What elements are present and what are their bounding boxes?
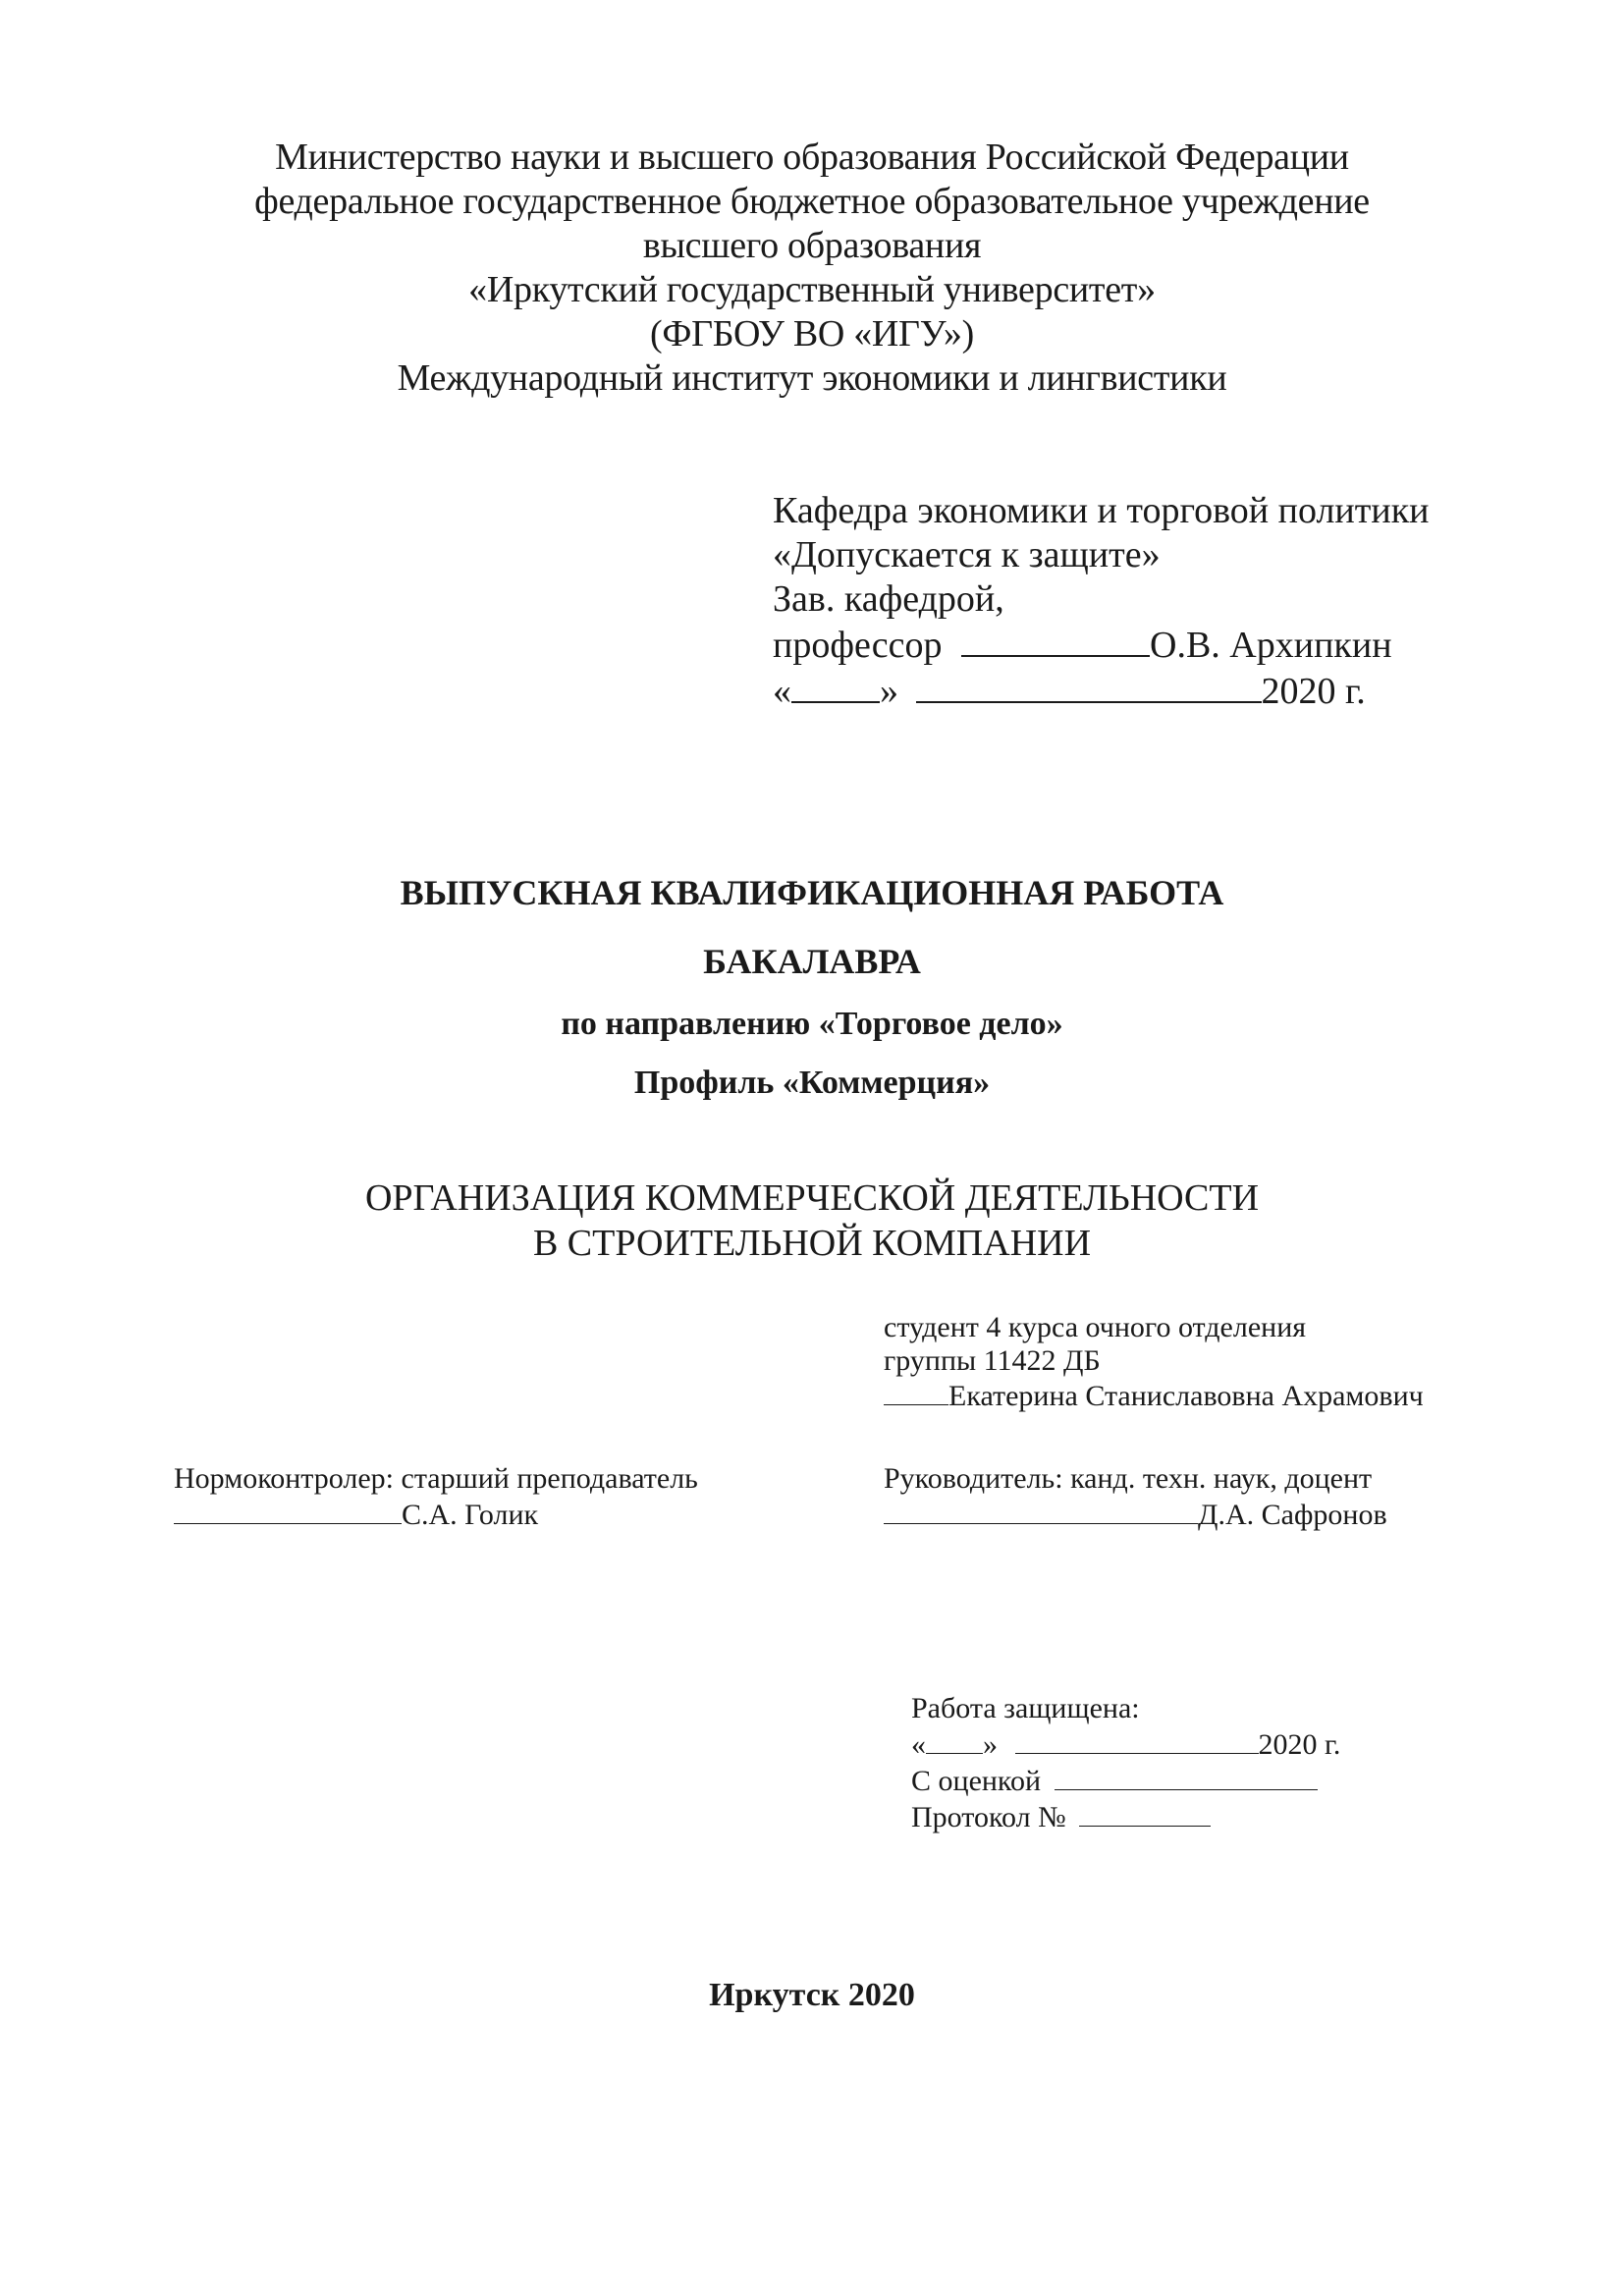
city-year: Иркутск 2020 [0, 1976, 1624, 2015]
head-label: Зав. кафедрой, [773, 577, 1430, 622]
header-line: (ФГБОУ ВО «ИГУ») [0, 312, 1624, 356]
header-line: Международный институт экономики и лингв… [0, 356, 1624, 401]
degree-title: БАКАЛАВРА [0, 940, 1624, 983]
normcontroller-signature-line: С.А. Голик [174, 1497, 698, 1533]
head-signature-line: профессор О.В. Архипкин [773, 622, 1430, 668]
defense-label: Работа защищена: [911, 1691, 1340, 1726]
topic-line: В СТРОИТЕЛЬНОЙ КОМПАНИИ [0, 1221, 1624, 1266]
approval-date-line: «» 2020 г. [773, 668, 1430, 714]
signature-blank [884, 1497, 1198, 1524]
admit-to-defense: «Допускается к защите» [773, 533, 1430, 577]
quote-open: « [911, 1728, 926, 1761]
protocol-label: Протокол № [911, 1801, 1066, 1833]
protocol-blank [1079, 1799, 1211, 1827]
grade-line: С оценкой [911, 1763, 1340, 1799]
student-block: студент 4 курса очного отделения группы … [884, 1311, 1424, 1413]
thesis-topic: ОРГАНИЗАЦИЯ КОММЕРЧЕСКОЙ ДЕЯТЕЛЬНОСТИ В … [0, 1175, 1624, 1266]
grade-blank [1055, 1763, 1318, 1790]
topic-line: ОРГАНИЗАЦИЯ КОММЕРЧЕСКОЙ ДЕЯТЕЛЬНОСТИ [0, 1175, 1624, 1221]
approval-year: 2020 г. [1262, 671, 1366, 712]
normcontroller-name: С.А. Голик [402, 1499, 538, 1531]
ministry-header: Министерство науки и высшего образования… [0, 136, 1624, 401]
header-line: «Иркутский государственный университет» [0, 268, 1624, 312]
quote-close: » [983, 1728, 998, 1761]
defense-year: 2020 г. [1259, 1728, 1341, 1761]
defense-block: Работа защищена: «» 2020 г. С оценкой Пр… [911, 1691, 1340, 1835]
signature-blank [884, 1378, 948, 1405]
month-blank [1015, 1726, 1259, 1754]
student-course: студент 4 курса очного отделения [884, 1311, 1424, 1344]
approval-block: Кафедра экономики и торговой политики «Д… [773, 489, 1430, 714]
student-name: Екатерина Станиславовна Ахрамович [948, 1380, 1424, 1412]
supervisor-block: Руководитель: канд. техн. наук, доцент Д… [884, 1461, 1387, 1533]
student-signature-line: Екатерина Станиславовна Ахрамович [884, 1378, 1424, 1413]
profile-title: Профиль «Коммерция» [0, 1063, 1624, 1104]
department-name: Кафедра экономики и торговой политики [773, 489, 1430, 533]
defense-date-line: «» 2020 г. [911, 1726, 1340, 1763]
protocol-line: Протокол № [911, 1799, 1340, 1835]
quote-close: » [880, 671, 898, 712]
header-line: федеральное государственное бюджетное об… [0, 180, 1624, 224]
supervisor-label: Руководитель: канд. техн. наук, доцент [884, 1461, 1387, 1497]
supervisor-signature-line: Д.А. Сафронов [884, 1497, 1387, 1533]
day-blank [791, 668, 880, 703]
head-position: профессор [773, 625, 943, 666]
normcontroller-label: Нормоконтролер: старший преподаватель [174, 1461, 698, 1497]
signature-blank [961, 622, 1150, 657]
grade-label: С оценкой [911, 1765, 1041, 1797]
work-type-title: ВЫПУСКНАЯ КВАЛИФИКАЦИОННАЯ РАБОТА [0, 871, 1624, 914]
normcontroller-block: Нормоконтролер: старший преподаватель С.… [174, 1461, 698, 1533]
month-blank [916, 668, 1262, 703]
head-name: О.В. Архипкин [1150, 625, 1392, 666]
day-blank [926, 1726, 983, 1754]
supervisor-name: Д.А. Сафронов [1198, 1499, 1387, 1531]
header-line: Министерство науки и высшего образования… [0, 136, 1624, 180]
header-line: высшего образования [0, 224, 1624, 268]
quote-open: « [773, 671, 791, 712]
direction-title: по направлению «Торговое дело» [0, 1004, 1624, 1045]
signature-blank [174, 1497, 402, 1524]
student-group: группы 11422 ДБ [884, 1344, 1424, 1378]
